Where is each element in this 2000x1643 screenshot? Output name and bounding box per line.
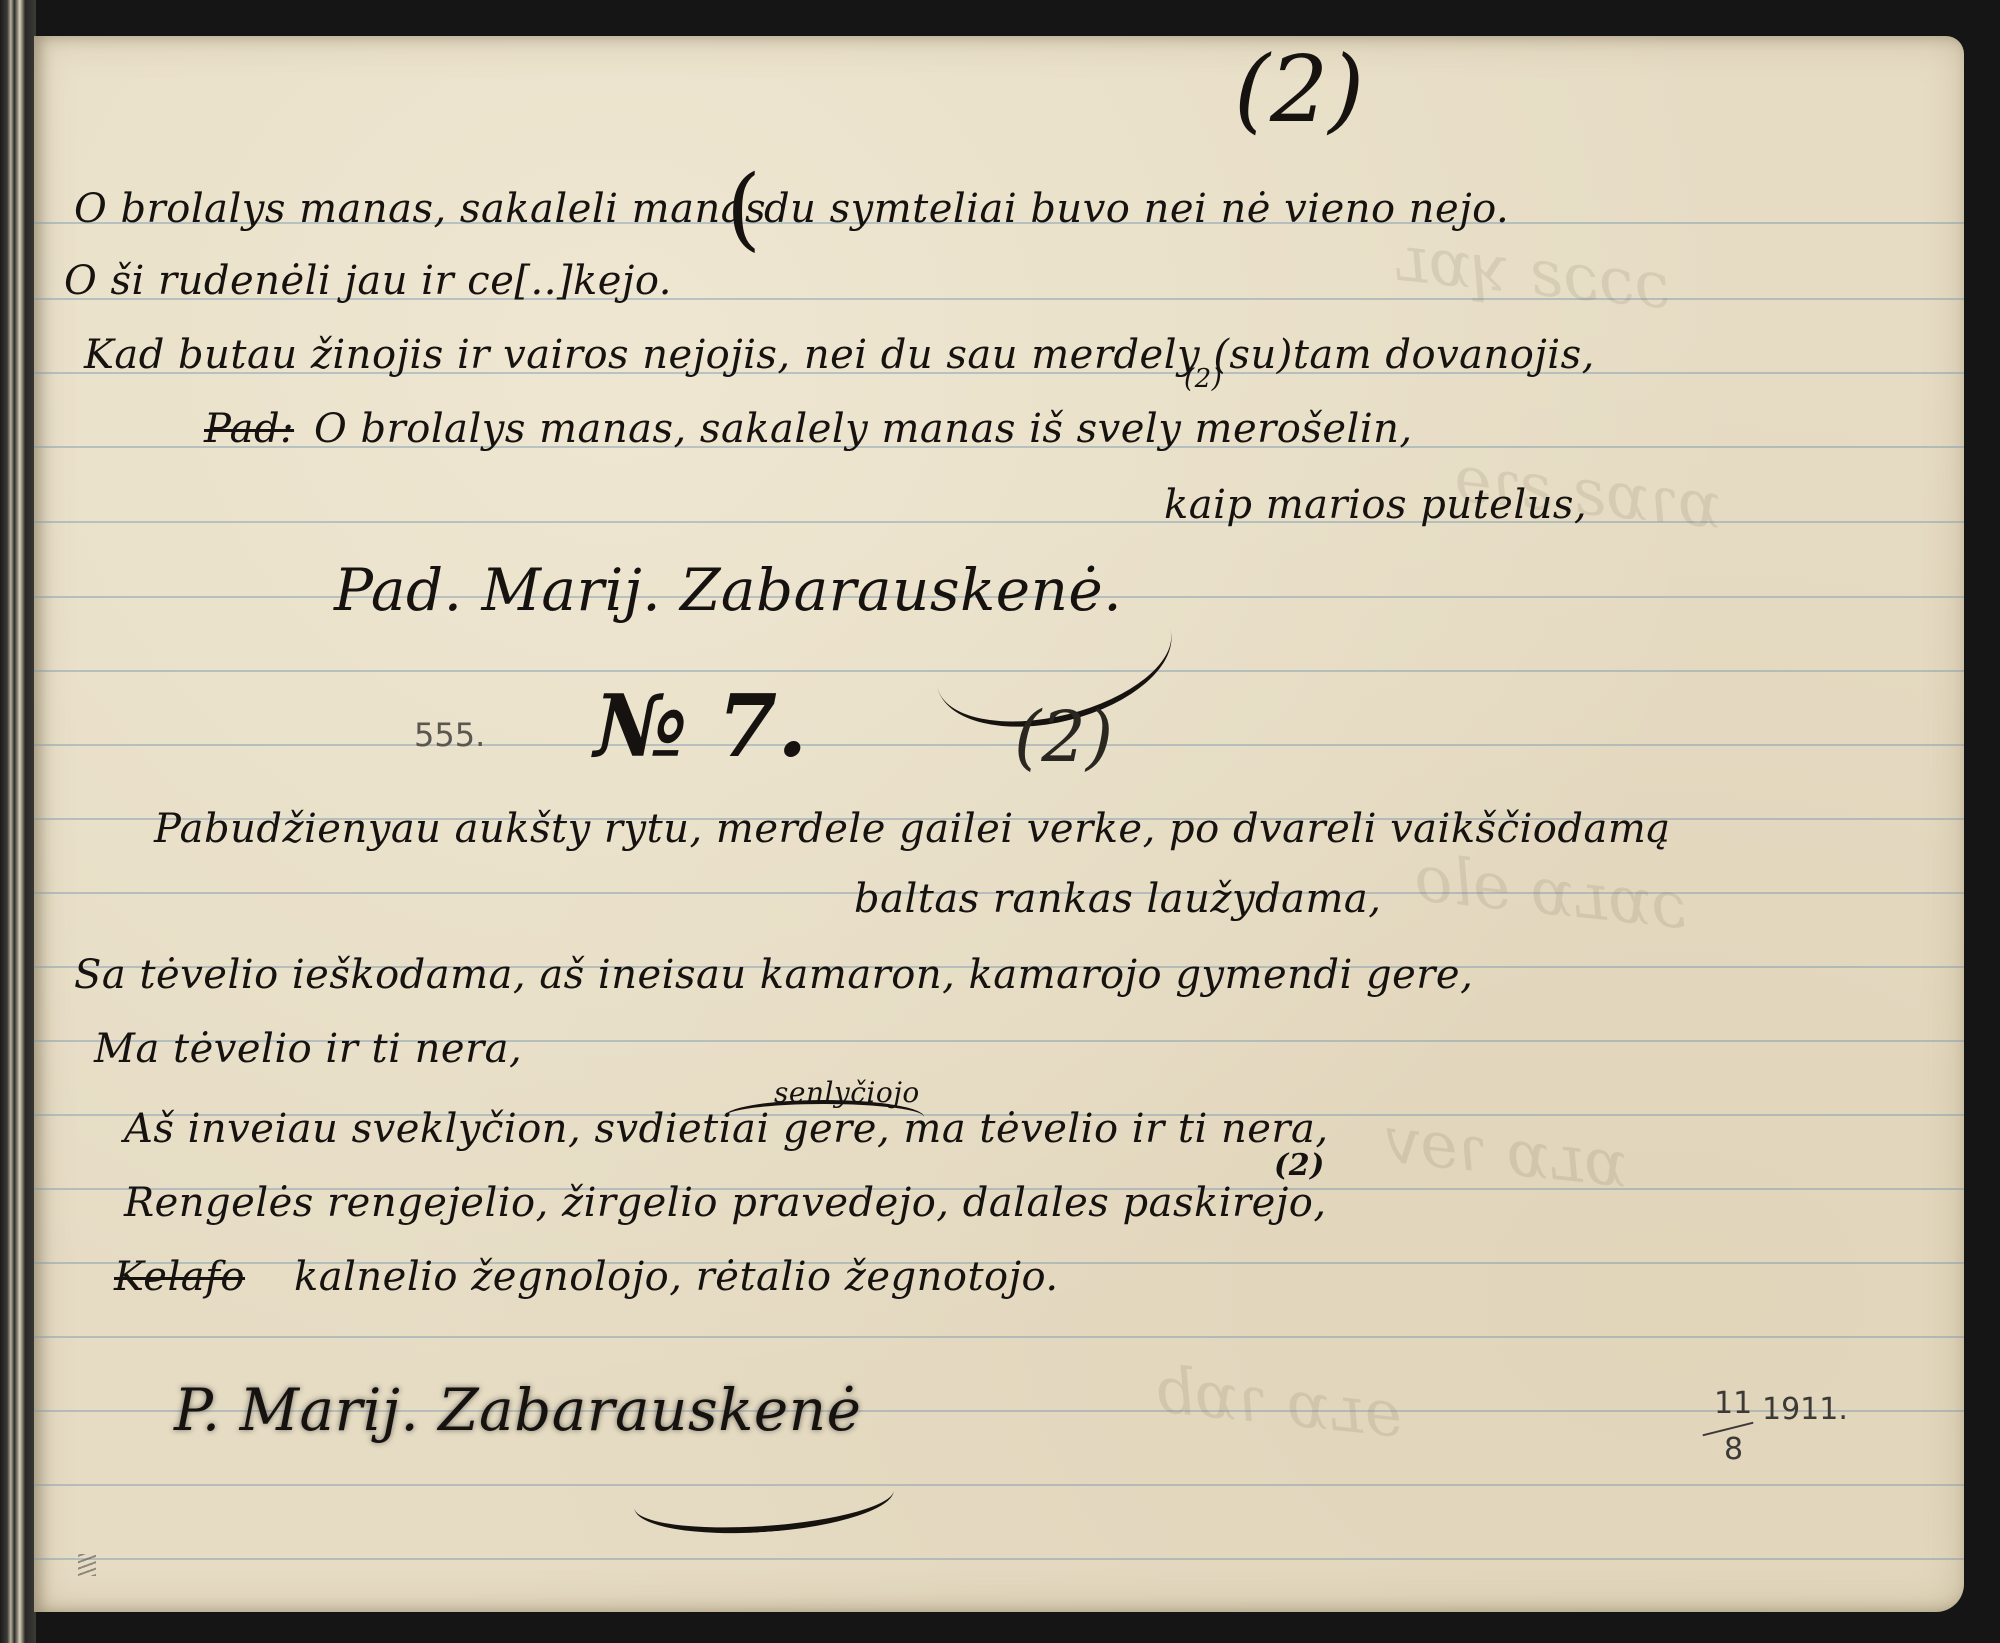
song1-line-2: O ši rudenėli jau ir ce[..]kejo. bbox=[64, 258, 672, 304]
refrain-line-2: kaip marios putelus, bbox=[1164, 482, 1587, 528]
superscript-mark: (2) bbox=[1274, 1148, 1325, 1183]
song2-line-6: Rengelės rengejelio, žirgelio pravedejo,… bbox=[124, 1180, 1327, 1226]
notebook-binding bbox=[0, 0, 36, 1643]
date-year: 1911. bbox=[1762, 1392, 1848, 1427]
refrain-line-1: O brolalys manas, sakalely manas iš svel… bbox=[314, 406, 1413, 452]
song1-line-1: O brolalys manas, sakaleli manas bbox=[74, 186, 766, 232]
song1-line-1b: du symteliai buvo nei nė vieno nejo. bbox=[764, 186, 1509, 232]
ruled-line bbox=[34, 521, 1964, 523]
song2-line-4: Ma tėvelio ir ti nera, bbox=[94, 1026, 522, 1072]
song2-side-number: (2) bbox=[1014, 696, 1113, 778]
page-number: (2) bbox=[1234, 36, 1364, 143]
song2-line-5: Aš inveiau sveklyčion, svdietiai gere, m… bbox=[124, 1106, 1329, 1152]
signature-flourish bbox=[632, 1457, 896, 1541]
struck-word: Kelafo bbox=[114, 1254, 245, 1300]
ruled-line bbox=[34, 1336, 1964, 1338]
song2-line-3: Sa tėvelio ieškodama, aš ineisau kamaron… bbox=[74, 952, 1473, 998]
refrain-prefix-struck: Pad: bbox=[204, 406, 294, 452]
pencil-hatch-mark bbox=[78, 1554, 96, 1576]
song2-heading: № 7. bbox=[594, 676, 807, 777]
bleed-through-text: ɘʟɒ ɿɒb bbox=[1151, 1353, 1407, 1453]
ruled-line bbox=[34, 1484, 1964, 1486]
song2-signature: P. Marij. Zabarauskenė bbox=[174, 1376, 861, 1444]
song2-line-2: baltas rankas laužydama, bbox=[854, 876, 1382, 922]
bracket-mark: ( bbox=[726, 156, 762, 261]
refrain-superscript: (2) bbox=[1184, 364, 1222, 394]
date-day: 11 bbox=[1714, 1386, 1752, 1421]
song2-line-7: kalnelio žegnolojo, rėtalio žegnotojo. bbox=[294, 1254, 1059, 1300]
song1-line-3: Kad butau žinojis ir vairos nejojis, nei… bbox=[84, 332, 1595, 378]
ruled-line bbox=[34, 744, 1964, 746]
interlinear-insert: senlyčiojo bbox=[774, 1076, 920, 1109]
bleed-through-text: ↄↄɔƨ ʞɒʟ bbox=[1391, 222, 1675, 325]
ruled-line bbox=[34, 1558, 1964, 1560]
notebook-page: ↄↄɔƨ ʞɒʟ ɒɿɒƨ ƨɿɘ ɔɒʟɒ ɘlo ɒʟɒ ɿɘv ɘʟɒ ɿ… bbox=[34, 36, 1964, 1612]
document-scan: ↄↄɔƨ ʞɒʟ ɒɿɒƨ ƨɿɘ ɔɒʟɒ ɘlo ɒʟɒ ɿɘv ɘʟɒ ɿ… bbox=[0, 0, 2000, 1643]
pencil-number: 555. bbox=[414, 716, 485, 754]
song2-line-1: Pabudžienyau aukšty rytu, merdele gailei… bbox=[154, 806, 1671, 852]
date-month: 8 bbox=[1724, 1432, 1743, 1467]
